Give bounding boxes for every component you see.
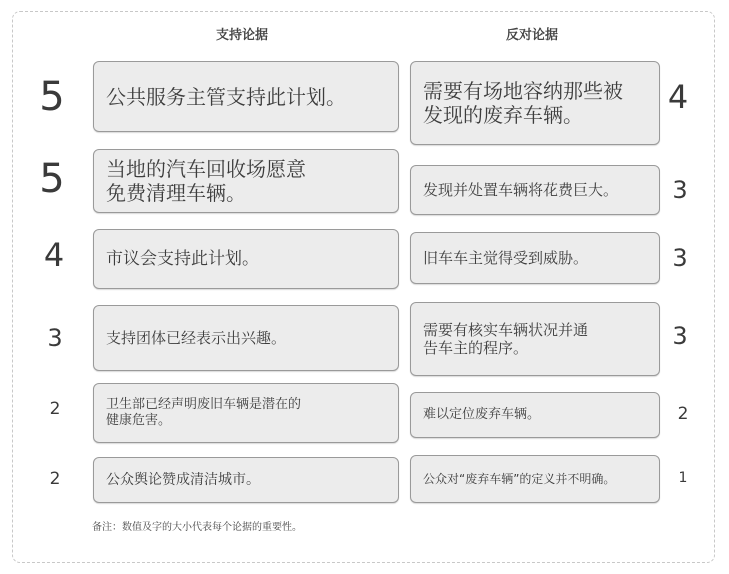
oppose-item: 需要有场地容纳那些被发现的废弃车辆。 发现并处置车辆将花费巨大。 <box>410 165 660 215</box>
support-text-line: 免费清理车辆。 <box>106 181 246 205</box>
oppose-text: 发现并处置车辆将花费巨大。 <box>423 181 618 199</box>
oppose-item: 难以定位废弃车辆。 <box>410 392 660 438</box>
oppose-text: 旧车车主觉得受到威胁。 <box>423 249 588 267</box>
oppose-item: 需要有核实车辆状况并通 告车主的程序。 <box>410 302 660 376</box>
oppose-text-line: 发现的废弃车辆。 <box>423 103 583 127</box>
support-item: 公众舆论赞成清洁城市。 <box>93 457 399 503</box>
support-item: 公共服务主管支持此计划。 <box>93 61 399 132</box>
support-item: 当地的汽车回收场愿意 免费清理车辆。 <box>93 149 399 213</box>
support-score: 2 <box>35 399 75 419</box>
support-text: 支持团体已经表示出兴趣。 <box>106 329 286 347</box>
support-text-line: 健康危害。 <box>106 413 171 429</box>
footnote: 备注：数值及字的大小代表每个论据的重要性。 <box>92 518 302 533</box>
oppose-score: 1 <box>663 470 703 486</box>
support-text: 公共服务主管支持此计划。 <box>106 85 346 109</box>
oppose-score: 3 <box>660 176 700 204</box>
oppose-item: 公众对“废弃车辆”的定义并不明确。 <box>410 455 660 503</box>
oppose-score: 2 <box>663 404 703 424</box>
oppose-text-line: 需要有核实车辆状况并通 <box>423 321 588 339</box>
oppose-text: 难以定位废弃车辆。 <box>423 407 540 423</box>
support-score: 5 <box>32 156 72 202</box>
support-score: 3 <box>35 324 75 352</box>
support-text: 市议会支持此计划。 <box>106 249 259 269</box>
oppose-score: 3 <box>660 322 700 350</box>
oppose-score: 4 <box>658 78 698 116</box>
support-item: 市议会支持此计划。 <box>93 229 399 289</box>
oppose-text-line: 需要有场地容纳那些被 <box>423 79 623 103</box>
support-score: 4 <box>34 236 74 274</box>
oppose-text-line: 告车主的程序。 <box>423 339 528 357</box>
support-text-line: 卫生部已经声明废旧车辆是潜在的 <box>106 397 301 413</box>
support-item: 卫生部已经声明废旧车辆是潜在的 健康危害。 <box>93 383 399 443</box>
support-item: 支持团体已经表示出兴趣。 <box>93 305 399 371</box>
support-text-line: 当地的汽车回收场愿意 <box>106 157 306 181</box>
oppose-item: 需要有场地容纳那些被 发现的废弃车辆。 <box>410 61 660 145</box>
oppose-header: 反对论据 <box>506 24 558 43</box>
support-score: 5 <box>32 74 72 120</box>
oppose-score: 3 <box>660 244 700 272</box>
support-text: 公众舆论赞成清洁城市。 <box>106 472 260 489</box>
oppose-text: 公众对“废弃车辆”的定义并不明确。 <box>423 472 615 486</box>
support-score: 2 <box>35 469 75 489</box>
support-header: 支持论据 <box>216 24 268 43</box>
oppose-item: 旧车车主觉得受到威胁。 <box>410 232 660 284</box>
